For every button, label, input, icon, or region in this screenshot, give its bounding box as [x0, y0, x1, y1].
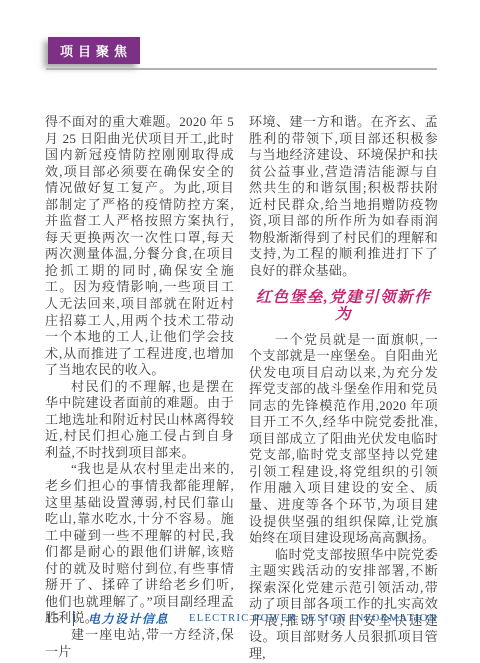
- page-number: 15: [45, 610, 60, 626]
- section-tag: 项目聚焦: [48, 37, 140, 64]
- header-rule: [46, 68, 437, 70]
- paragraph: 村民们的不理解,也是摆在华中院建设者面前的难题。由于工地选址和附近村民山林离得较…: [45, 379, 234, 462]
- paragraph: 建一座电站,带一方经济,保一片: [45, 627, 234, 660]
- paragraph: 环境、建一方和谐。在齐玄、孟胜利的带领下,项目部还积极参与当地经济建设、环境保护…: [249, 114, 438, 279]
- journal-logo: 电力设计信息: [88, 610, 169, 627]
- paragraph: “我也是从农村里走出来的,老乡们担心的事情我都能理解,这里基础设置薄弱,村民们靠…: [45, 461, 234, 626]
- paragraph: 得不面对的重大难题。2020 年 5 月 25 日阳曲光伏项目开工,此时国内新冠…: [45, 114, 234, 379]
- footer-divider: [73, 611, 74, 626]
- journal-name-en: ELECTRIC POWER DESIGN INFORMATION: [189, 613, 438, 624]
- section-heading: 红色堡垒,党建引领新作为: [249, 290, 438, 323]
- paragraph: 一个党员就是一面旗帜,一个支部就是一座堡垒。自阳曲光伏发电项目启动以来,为充分发…: [249, 332, 438, 547]
- magazine-page: 项目聚焦 得不面对的重大难题。2020 年 5 月 25 日阳曲光伏项目开工,此…: [0, 0, 480, 663]
- article-column-left: 得不面对的重大难题。2020 年 5 月 25 日阳曲光伏项目开工,此时国内新冠…: [45, 114, 234, 660]
- article-column-right: 环境、建一方和谐。在齐玄、孟胜利的带领下,项目部还积极参与当地经济建设、环境保护…: [249, 114, 438, 663]
- page-footer: 15 电力设计信息 ELECTRIC POWER DESIGN INFORMAT…: [45, 608, 438, 628]
- paragraph: 临时党支部按照华中院党委主题实践活动的安排部署,不断探索深化党建示范引领活动,带…: [249, 547, 438, 663]
